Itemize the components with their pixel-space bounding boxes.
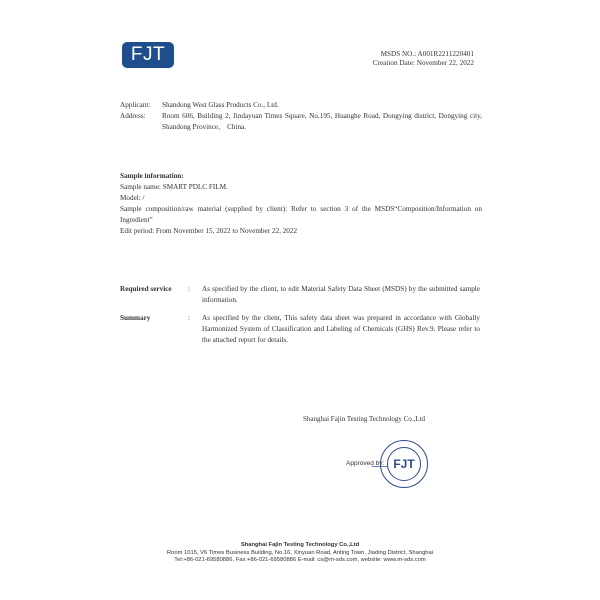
company-seal-stamp: FJT (380, 440, 428, 488)
sample-information-section: Sample information: Sample name: SMART P… (120, 171, 482, 237)
summary-value: As specified by the client, This safety … (202, 313, 480, 346)
colon: : (188, 313, 202, 346)
required-service-label: Required service (120, 284, 188, 306)
required-service-row: Required service : As specified by the c… (120, 284, 480, 306)
document-header-info: MSDS NO.: A001R2211220401 Creation Date:… (373, 50, 474, 68)
address-value: Room 606, Building 2, Jindayuan Times Sq… (162, 111, 482, 133)
stamp-logo: FJT (387, 447, 421, 481)
address-label: Address: (120, 111, 162, 133)
sample-model: Model: / (120, 193, 482, 204)
required-service-value: As specified by the client, to edit Mate… (202, 284, 480, 306)
footer-company: Shanghai Fajin Testing Technology Co.,Lt… (0, 542, 600, 550)
creation-date: Creation Date: November 22, 2022 (373, 59, 474, 68)
edit-period: Edit period: From November 15, 2022 to N… (120, 226, 482, 237)
services-section: Required service : As specified by the c… (120, 284, 480, 353)
summary-label: Summary (120, 313, 188, 346)
summary-row: Summary : As specified by the client, Th… (120, 313, 480, 346)
fjt-logo: FJT (122, 42, 174, 68)
msds-number: MSDS NO.: A001R2211220401 (373, 50, 474, 59)
sample-name: Sample name: SMART PDLC FILM. (120, 182, 482, 193)
footer-address: Room 1015, V6 Times Business Building, N… (0, 550, 600, 558)
applicant-label: Applicant: (120, 100, 162, 111)
applicant-section: Applicant: Shandong West Glass Products … (120, 100, 482, 133)
applicant-value: Shandong West Glass Products Co., Ltd. (162, 100, 482, 111)
footer-contact: Tel:+86-021-69580886, Fax:+86-021-695808… (0, 557, 600, 565)
sample-heading: Sample information: (120, 171, 482, 182)
sample-composition: Sample composition/raw material (supplie… (120, 204, 482, 226)
signing-company: Shanghai Fajin Testing Technology Co.,Lt… (303, 415, 425, 423)
colon: : (188, 284, 202, 306)
page-footer: Shanghai Fajin Testing Technology Co.,Lt… (0, 542, 600, 565)
